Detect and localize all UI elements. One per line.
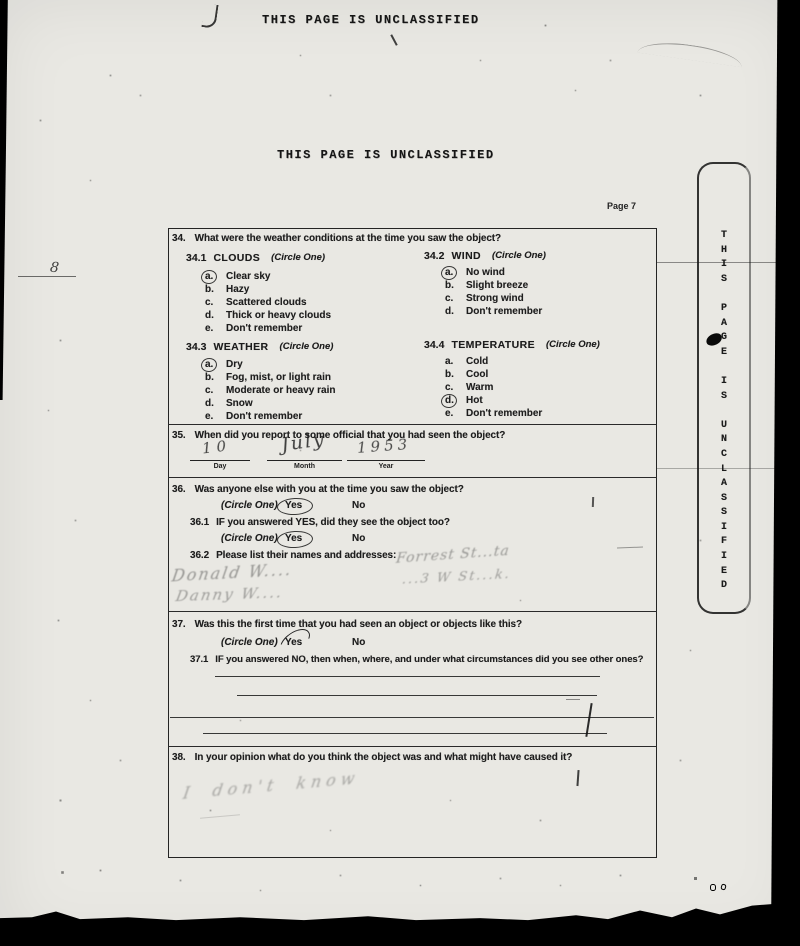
question-number: 37.1 [190,654,208,665]
answer-yes: Yes [285,637,302,648]
blank-answer-line [170,717,654,718]
question-37-1: 37.1 IF you answered NO, then when, wher… [190,654,643,665]
answer-no: No [352,637,365,648]
question-number: 36.2 [190,550,209,561]
page-number: Page 7 [607,201,636,211]
stray-pen-dash [566,699,580,700]
sub-title: CLOUDS [213,252,260,264]
bottom-edge-mark [720,883,726,890]
bottom-edge-mark [710,884,716,891]
year-label: Year [379,463,394,470]
scratch-curve [637,38,743,67]
option-34-1-c: c. Scattered clouds [205,297,307,308]
answer-yes: Yes [285,533,302,544]
subsection-34-4: 34.4 TEMPERATURE (Circle One) [424,339,600,351]
blank-answer-line [237,695,597,696]
option-34-2-c: c. Strong wind [445,293,524,304]
answer-no: No [352,533,365,544]
answer-no: No [352,500,365,511]
sub-title: TEMPERATURE [451,339,535,351]
blank-answer-line [215,676,600,677]
option-34-3-a: a. Dry [205,359,243,370]
question-34: 34. What were the weather conditions at … [172,233,501,244]
sub-title: WEATHER [213,341,268,353]
paper: THIS PAGE IS UNCLASSIFIED THIS PAGE IS U… [0,0,800,946]
scratch-tick [390,34,398,46]
option-34-3-d: d. Snow [205,398,253,409]
handwritten-name: Danny W.... [174,583,285,605]
subsection-34-2: 34.2 WIND (Circle One) [424,250,546,262]
scanned-page: THIS PAGE IS UNCLASSIFIED THIS PAGE IS U… [0,0,800,946]
question-text: Was this the first time that you had see… [195,619,522,630]
classification-banner-secondary: THIS PAGE IS UNCLASSIFIED [277,148,495,162]
year-blank-line [347,460,425,461]
question-number: 36.1 [190,517,209,528]
question-text: Please list their names and addresses: [216,550,396,561]
option-34-3-b: b. Fog, mist, or light rain [205,372,331,383]
option-34-2-d: d. Don't remember [445,306,542,317]
classification-banner-top: THIS PAGE IS UNCLASSIFIED [262,13,480,27]
option-34-4-e: e. Don't remember [445,408,542,419]
question-36-1: 36.1 IF you answered YES, did they see t… [190,517,450,528]
option-34-1-a: a. Clear sky [205,271,270,282]
scan-line [657,262,777,263]
question-number: 37. [172,619,186,630]
option-34-3-c: c. Moderate or heavy rain [205,385,335,396]
question-text: When did you report to some official tha… [195,430,506,441]
question-text: What were the weather conditions at the … [195,233,501,244]
circle-one-label: (Circle One) [492,250,546,262]
circle-one-label: (Circle One) [221,637,278,648]
scan-line [657,468,775,469]
circle-one-label: (Circle One) [221,500,278,511]
question-text: Was anyone else with you at the time you… [195,484,464,495]
margin-scratch-line [18,276,76,277]
section-divider [168,611,657,612]
day-label: Day [214,463,227,470]
circle-one-label: (Circle One) [546,339,600,351]
option-34-4-c: c. Warm [445,382,493,393]
question-text: In your opinion what do you think the ob… [195,752,573,763]
sub-number: 34.4 [424,339,444,351]
month-blank-line [267,460,342,461]
section-divider [168,477,657,478]
scratch-hook [201,3,218,29]
section-divider [168,424,657,425]
sub-title: WIND [451,250,481,262]
margin-scribble: 8 [49,260,60,277]
question-38: 38. In your opinion what do you think th… [172,752,572,763]
option-34-1-e: e. Don't remember [205,323,302,334]
question-number: 38. [172,752,186,763]
option-34-4-d: d. Hot [445,395,483,406]
subsection-34-3: 34.3 WEATHER (Circle One) [186,341,333,353]
handwritten-year: 1953 [356,435,411,457]
question-number: 35. [172,430,186,441]
circle-one-label: (Circle One) [221,533,278,544]
question-text: IF you answered NO, then when, where, an… [215,654,643,665]
side-classification-banner: T H I S P A G E I S U N C L A S S I F I … [716,229,732,594]
sub-number: 34.1 [186,252,206,264]
option-34-1-d: d. Thick or heavy clouds [205,310,331,321]
subsection-34-1: 34.1 CLOUDS (Circle One) [186,252,325,264]
option-34-3-e: e. Don't remember [205,411,302,422]
option-34-2-b: b. Slight breeze [445,280,528,291]
handwritten-day: 10 [201,437,232,458]
question-36: 36. Was anyone else with you at the time… [172,484,464,495]
circle-one-label: (Circle One) [271,252,325,264]
section-divider [168,746,657,747]
day-blank-line [190,460,250,461]
sub-number: 34.2 [424,250,444,262]
sub-number: 34.3 [186,341,206,353]
option-34-1-b: b. Hazy [205,284,249,295]
blank-answer-line [203,733,607,734]
question-number: 34. [172,233,186,244]
option-34-4-a: a. Cold [445,356,488,367]
month-label: Month [294,463,315,470]
answer-yes: Yes [285,500,302,511]
question-37: 37. Was this the first time that you had… [172,619,522,630]
question-number: 36. [172,484,186,495]
option-34-2-a: a. No wind [445,267,505,278]
option-34-4-b: b. Cool [445,369,488,380]
question-text: IF you answered YES, did they see the ob… [216,517,450,528]
circle-one-label: (Circle One) [280,341,334,353]
